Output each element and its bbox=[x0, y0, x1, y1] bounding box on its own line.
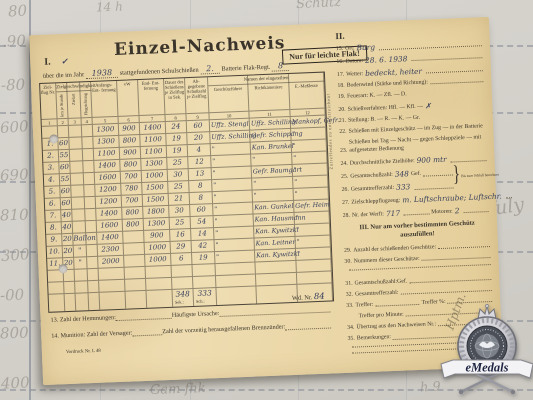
table-cell: 25 bbox=[168, 181, 189, 194]
table-cell bbox=[71, 173, 84, 186]
form-line: 24.Durchschnittliche Zielhöhe:900 mtr bbox=[340, 153, 488, 167]
ledger-handwriting-entry: .90 bbox=[2, 31, 27, 50]
form-line: 21.Stellung: B. — R. — K. — Gr. bbox=[339, 112, 487, 125]
table-cell: 1600 bbox=[97, 220, 123, 233]
line-label: Zielschleppflugzeug: bbox=[351, 197, 400, 206]
table-cell bbox=[64, 282, 75, 294]
line-label: Wetter: bbox=[346, 71, 363, 78]
table-cell bbox=[72, 209, 85, 222]
table-cell bbox=[83, 161, 94, 173]
line-label: Bodenwind (Stärke und Richtung): bbox=[347, 79, 429, 89]
table-cell: 20 bbox=[187, 132, 210, 145]
ledger-handwriting-entry: 80 bbox=[7, 1, 27, 20]
line-number: 30. bbox=[344, 258, 352, 265]
line-label: Nummern dieser Geschütze: bbox=[354, 255, 420, 264]
handwritten-value: 348 bbox=[395, 170, 409, 179]
table-cell: 1400 bbox=[97, 232, 123, 245]
table-cell bbox=[69, 137, 82, 150]
totals-cell bbox=[65, 294, 77, 311]
line-label: Bemerkungen: bbox=[357, 334, 391, 342]
ledger-handwriting-entry: 800 bbox=[0, 324, 29, 343]
handwritten-wd-number: 84 bbox=[314, 292, 325, 302]
line-label: Schießverfahren: Hfl. — Kfl. — bbox=[348, 103, 424, 113]
line-number: 22. bbox=[339, 128, 347, 136]
photo-canvas: 80.90-80600690810300-00800400Schütz14 hf… bbox=[0, 0, 533, 400]
table-cell bbox=[70, 161, 83, 174]
table-cell: 1100 bbox=[94, 148, 120, 161]
table-cell: 1800 bbox=[143, 206, 169, 219]
form-line: 32.Gesamttrefferzahl: bbox=[346, 286, 494, 299]
handwritten-value: bedeckt, heiter bbox=[365, 67, 422, 78]
table-cell: 2000 bbox=[98, 256, 124, 269]
line-label: Feuerart: K. — Zfl. — D. bbox=[347, 91, 407, 100]
table-cell: 1000 bbox=[142, 170, 168, 183]
form-line: 23.Schießen bei Tag — Nacht — gegen Schl… bbox=[340, 134, 488, 154]
handwritten-regiment: 8 bbox=[272, 61, 289, 72]
ledger-handwriting-entry: 690 bbox=[0, 165, 29, 184]
line-number: 19. bbox=[338, 94, 346, 101]
table-cell: 14 bbox=[191, 228, 214, 241]
line-number: 16. bbox=[336, 59, 344, 66]
handwritten-value: m. Luftschraube; Luftschr. bbox=[402, 193, 502, 206]
line-number: 31. bbox=[345, 280, 353, 287]
column-header: Ab- gegebene Schußzahl je Zielflug bbox=[185, 77, 209, 114]
table-cell bbox=[86, 221, 97, 233]
table-cell: 30 bbox=[169, 205, 190, 218]
handwritten-value: ✗ bbox=[425, 102, 432, 111]
table-cell: 60 bbox=[58, 138, 69, 150]
ledger-handwriting-entry: 600 bbox=[0, 117, 29, 137]
line-label: Gesamtschußzahl: bbox=[354, 278, 397, 286]
table-cell: 55 bbox=[60, 174, 71, 186]
totals-cell: 348Sek.: bbox=[172, 289, 194, 307]
table-cell bbox=[123, 231, 144, 244]
ledger-handwriting-entry: Schütz bbox=[296, 0, 342, 12]
table-cell: 4 bbox=[188, 144, 211, 157]
line-number: 35. bbox=[347, 335, 355, 342]
table-cell bbox=[172, 265, 193, 278]
table-cell: 1600 bbox=[95, 172, 121, 185]
handwritten-value: 2 bbox=[455, 207, 460, 216]
line-number: 17. bbox=[337, 71, 345, 78]
table-cell bbox=[84, 185, 95, 197]
table-cell: 1300 bbox=[144, 218, 170, 231]
table-cell bbox=[75, 269, 88, 282]
table-cell: 40 bbox=[62, 222, 73, 234]
form-line bbox=[345, 264, 493, 272]
line-label: Gesamttrefferzahl: bbox=[355, 289, 399, 297]
table-cell: 900 bbox=[144, 230, 170, 243]
section-two-items: 15.Ort:Burg16.Datum:28. 6. 193817.Wetter… bbox=[336, 38, 491, 219]
line-label: Treffer: bbox=[355, 301, 373, 308]
table-cell: 19 bbox=[167, 145, 188, 158]
table-cell: 60 bbox=[190, 204, 213, 217]
table-cell: 1400 bbox=[94, 160, 120, 173]
handwritten-year: 1938 bbox=[86, 68, 119, 79]
line-suffix: Gef. bbox=[397, 278, 407, 285]
handwritten-mark: ✓ bbox=[61, 56, 68, 66]
ledger-handwriting-entry: -80 bbox=[1, 76, 26, 95]
table-cell: 1200 bbox=[96, 196, 122, 209]
emedals-watermark: eMedals bbox=[433, 304, 533, 400]
table-cell bbox=[146, 266, 172, 279]
table-cell: 1000 bbox=[145, 254, 171, 267]
table-cell: 700 bbox=[122, 195, 143, 208]
table-cell bbox=[71, 185, 84, 198]
table-cell: 20 bbox=[63, 246, 74, 258]
table-cell: 42 bbox=[192, 240, 215, 253]
table-cell: 19 bbox=[166, 133, 187, 146]
table-cell: 60 bbox=[61, 198, 72, 210]
form-line: 18.Bodenwind (Stärke und Richtung): bbox=[337, 77, 485, 90]
ledger-handwriting-entry: 400 bbox=[1, 373, 31, 392]
table-cell: 6 bbox=[171, 253, 192, 266]
table-cell bbox=[125, 267, 146, 280]
form-line: 28.Nr. der Werft:717Motoren:2 bbox=[342, 205, 490, 219]
column-header: End- Ent- fernung bbox=[138, 79, 165, 116]
table-cell: 800 bbox=[120, 159, 141, 172]
line-label: Motoren: bbox=[431, 208, 453, 216]
table-cell: " bbox=[74, 245, 87, 258]
table-cell: 2300 bbox=[98, 244, 124, 257]
table-cell: 60 bbox=[187, 120, 210, 133]
table-cell: 19 bbox=[192, 252, 215, 265]
column-header: Dauer des Schießens je Zielflug in Sek. bbox=[164, 78, 186, 115]
table-cell: 1500 bbox=[142, 182, 168, 195]
table-cell: 1500 bbox=[143, 194, 169, 207]
table-cell: 2. bbox=[43, 150, 59, 163]
table-cell: 800 bbox=[119, 135, 140, 148]
table-cell bbox=[48, 282, 64, 295]
line-number: 32. bbox=[346, 291, 354, 298]
form-number: Vordruck Nr. L 48 bbox=[66, 349, 101, 355]
table-cell bbox=[73, 221, 86, 234]
ledger-handwriting-entry: -00 bbox=[0, 285, 25, 304]
line-number: 33. bbox=[346, 302, 354, 309]
form-line: 20.Schießverfahren: Hfl. — Kfl. —✗ bbox=[338, 99, 486, 113]
line-label: Treffer pro Minute: bbox=[359, 311, 404, 319]
table-cell: 3. bbox=[43, 162, 59, 175]
totals-cell bbox=[49, 294, 66, 312]
line-label: Anzahl der schießenden Geschütze: bbox=[353, 244, 436, 254]
table-cell: 1400 bbox=[96, 208, 122, 221]
table-cell bbox=[124, 255, 145, 268]
table-cell: 1200 bbox=[95, 184, 121, 197]
table-cell bbox=[87, 257, 98, 269]
totals-cell: 333Sch.: bbox=[193, 288, 217, 306]
document: I. ✓ Einzel-Nachweis Nur für leichte Fla… bbox=[29, 17, 503, 385]
table-cell: 700 bbox=[121, 171, 142, 184]
column-header: vW bbox=[117, 80, 139, 117]
table-cell bbox=[69, 125, 82, 138]
line-number: 34. bbox=[347, 324, 355, 331]
line-number: 25. bbox=[341, 174, 349, 181]
line-number: 27. bbox=[342, 199, 350, 206]
line-number: 18. bbox=[337, 82, 345, 89]
table-cell: 24 bbox=[166, 121, 187, 134]
table-cell: 1300 bbox=[93, 136, 119, 149]
table-cell: 25 bbox=[167, 157, 188, 170]
form-line: 16.Datum:28. 6. 1938 bbox=[336, 51, 484, 65]
line-number: 15. bbox=[336, 46, 344, 53]
totals-cell bbox=[147, 290, 174, 308]
table-cell bbox=[99, 268, 125, 281]
table-cell: 1400 bbox=[140, 122, 166, 135]
line-label: Datum: bbox=[346, 58, 364, 65]
line-label: Gesamtschußzahl: bbox=[350, 172, 393, 180]
table-cell: 10. bbox=[47, 246, 63, 259]
form-line: 31.Gesamtschußzahl:Gef. bbox=[345, 275, 493, 288]
totals-cell bbox=[76, 293, 90, 311]
table-cell bbox=[146, 278, 172, 291]
line-label: Stellung: B. — R. — K. — Gr. bbox=[348, 114, 420, 124]
watermark-brand: eMedals bbox=[465, 361, 508, 375]
line-number: 26. bbox=[341, 187, 349, 194]
form-line: 19.Feuerart: K. — Zfl. — D. bbox=[338, 88, 486, 101]
table-cell bbox=[82, 125, 93, 137]
line-label: Schießen mit Einzelgeschütz — im Zug — i… bbox=[348, 123, 483, 136]
table-cell: 54 bbox=[191, 216, 214, 229]
line-suffix: Gef. bbox=[411, 171, 421, 178]
line-label: Durchschnittliche Zielhöhe: bbox=[350, 158, 415, 167]
table-cell bbox=[85, 197, 96, 209]
table-cell: 60 bbox=[59, 162, 70, 174]
line-number: 28. bbox=[343, 212, 351, 219]
handwritten-battery: 2. bbox=[200, 64, 220, 75]
handwritten-value: 333 bbox=[396, 183, 410, 192]
table-cell bbox=[85, 209, 96, 221]
line-label: Ort: bbox=[345, 45, 355, 52]
line-label: Gesamttrefferzahl: bbox=[351, 185, 395, 193]
totals-cell bbox=[100, 292, 127, 310]
table-cell: 21 bbox=[169, 193, 190, 206]
table-cell: 9. bbox=[46, 234, 62, 247]
shooting-table: Ziel- flug Nr.km je StundeZielartFlugric… bbox=[39, 72, 334, 313]
handwritten-value: 900 mtr bbox=[416, 156, 446, 166]
ledger-handwriting-entry: Gam fhk bbox=[150, 381, 206, 398]
group-header-speed: Zielgeschwindigkeit bbox=[56, 82, 91, 92]
form-line: 26.Gesamttrefferzahl:333 bbox=[341, 179, 489, 193]
table-cell: 780 bbox=[121, 183, 142, 196]
table-cell: 800 bbox=[122, 207, 143, 220]
line-number: 21. bbox=[339, 117, 347, 124]
table-cell bbox=[172, 277, 193, 290]
table-cell: 1300 bbox=[93, 124, 119, 137]
line-label: Nr. der Werft: bbox=[352, 211, 384, 219]
table-cell: 1300 bbox=[141, 158, 167, 171]
footer-line-14: 14. Munition: Zahl der Versager: Zahl de… bbox=[51, 321, 331, 339]
table-cell: 4. bbox=[44, 174, 60, 187]
document-title: Einzel-Nachweis bbox=[99, 33, 300, 61]
wd-number: Wd. Nr. 84 bbox=[292, 292, 325, 303]
form-line: 17.Wetter:bedeckt, heiter bbox=[337, 64, 485, 78]
ledger-handwriting-entry: 810 bbox=[0, 206, 29, 225]
line-number: 20. bbox=[338, 106, 346, 113]
table-cell: 20 bbox=[62, 234, 73, 246]
form-line: 25.Gesamtschußzahl:348Gef.}Bis zum Schlu… bbox=[341, 166, 489, 180]
line-number: 24. bbox=[340, 161, 348, 168]
table-cell: 6. bbox=[45, 198, 61, 211]
table-cell: 8 bbox=[190, 192, 213, 205]
handwritten-value: 28. 6. 1938 bbox=[365, 55, 408, 65]
table-cell bbox=[193, 276, 216, 289]
table-cell bbox=[88, 269, 99, 281]
table-cell: 1100 bbox=[140, 134, 166, 147]
table-cell: 55 bbox=[59, 150, 70, 162]
table-cell: 1000 bbox=[145, 242, 171, 255]
table-cell bbox=[86, 233, 97, 245]
form-line: 15.Ort:Burg bbox=[336, 38, 484, 52]
table-cell: 1100 bbox=[141, 146, 167, 159]
table-cell bbox=[193, 264, 216, 277]
column-header: Ziel- flug Nr. bbox=[40, 83, 57, 120]
form-line: 30.Nummern dieser Geschütze: bbox=[344, 253, 492, 266]
table-cell: 900 bbox=[119, 123, 140, 136]
table-cell: " bbox=[74, 257, 87, 270]
table-cell bbox=[72, 197, 85, 210]
section-one-label: I. ✓ bbox=[44, 56, 68, 68]
form-line: 27.Zielschleppflugzeug:m. Luftschraube; … bbox=[342, 192, 490, 206]
table-cell: 13 bbox=[189, 168, 212, 181]
table-cell bbox=[124, 243, 145, 256]
table-cell: 7. bbox=[45, 210, 61, 223]
ledger-handwriting-entry: 14 h bbox=[96, 0, 123, 14]
handwritten-value: 717 bbox=[386, 210, 400, 219]
ledger-handwriting-entry: 300 bbox=[0, 245, 30, 265]
table-cell bbox=[88, 281, 99, 293]
table-cell bbox=[58, 126, 69, 138]
table-cell bbox=[83, 149, 94, 161]
table-cell: 25 bbox=[170, 217, 191, 230]
table-cell bbox=[99, 280, 125, 293]
table-cell: 5. bbox=[44, 186, 60, 199]
table-cell bbox=[125, 279, 146, 292]
totals-cell bbox=[89, 293, 101, 310]
table-cell bbox=[82, 137, 93, 149]
table-cell bbox=[84, 173, 95, 185]
totals-cell bbox=[126, 291, 148, 309]
table-cell bbox=[75, 281, 88, 294]
table-cell: 16 bbox=[170, 229, 191, 242]
table-cell: 8 bbox=[189, 180, 212, 193]
table-cell: 800 bbox=[123, 219, 144, 232]
table-cell: 60 bbox=[60, 186, 71, 198]
table-cell: 29 bbox=[171, 241, 192, 254]
table-cell: 12 bbox=[188, 156, 211, 169]
line-label: Schießen bei Tag — Nacht — gegen Schlepp… bbox=[349, 134, 488, 154]
table-cell bbox=[70, 149, 83, 162]
table-cell: 40 bbox=[61, 210, 72, 222]
section-three-title: III. Nur am vorher bestimmten Geschütz a… bbox=[347, 220, 488, 243]
line-number: 29. bbox=[344, 247, 352, 254]
table-cell: 900 bbox=[120, 147, 141, 160]
table-cell: 30 bbox=[168, 169, 189, 182]
table-cell: Ballon bbox=[73, 233, 86, 246]
table-cell: 8. bbox=[46, 222, 62, 235]
form-line: 29.Anzahl der schießenden Geschütze: bbox=[344, 241, 492, 254]
line-number: 23. bbox=[340, 147, 348, 155]
totals-cell bbox=[216, 286, 257, 305]
table-cell bbox=[87, 245, 98, 257]
line-label: Übertrag aus den Nachweisen Nr.: bbox=[356, 321, 436, 331]
handwritten-value: Burg bbox=[356, 44, 375, 53]
